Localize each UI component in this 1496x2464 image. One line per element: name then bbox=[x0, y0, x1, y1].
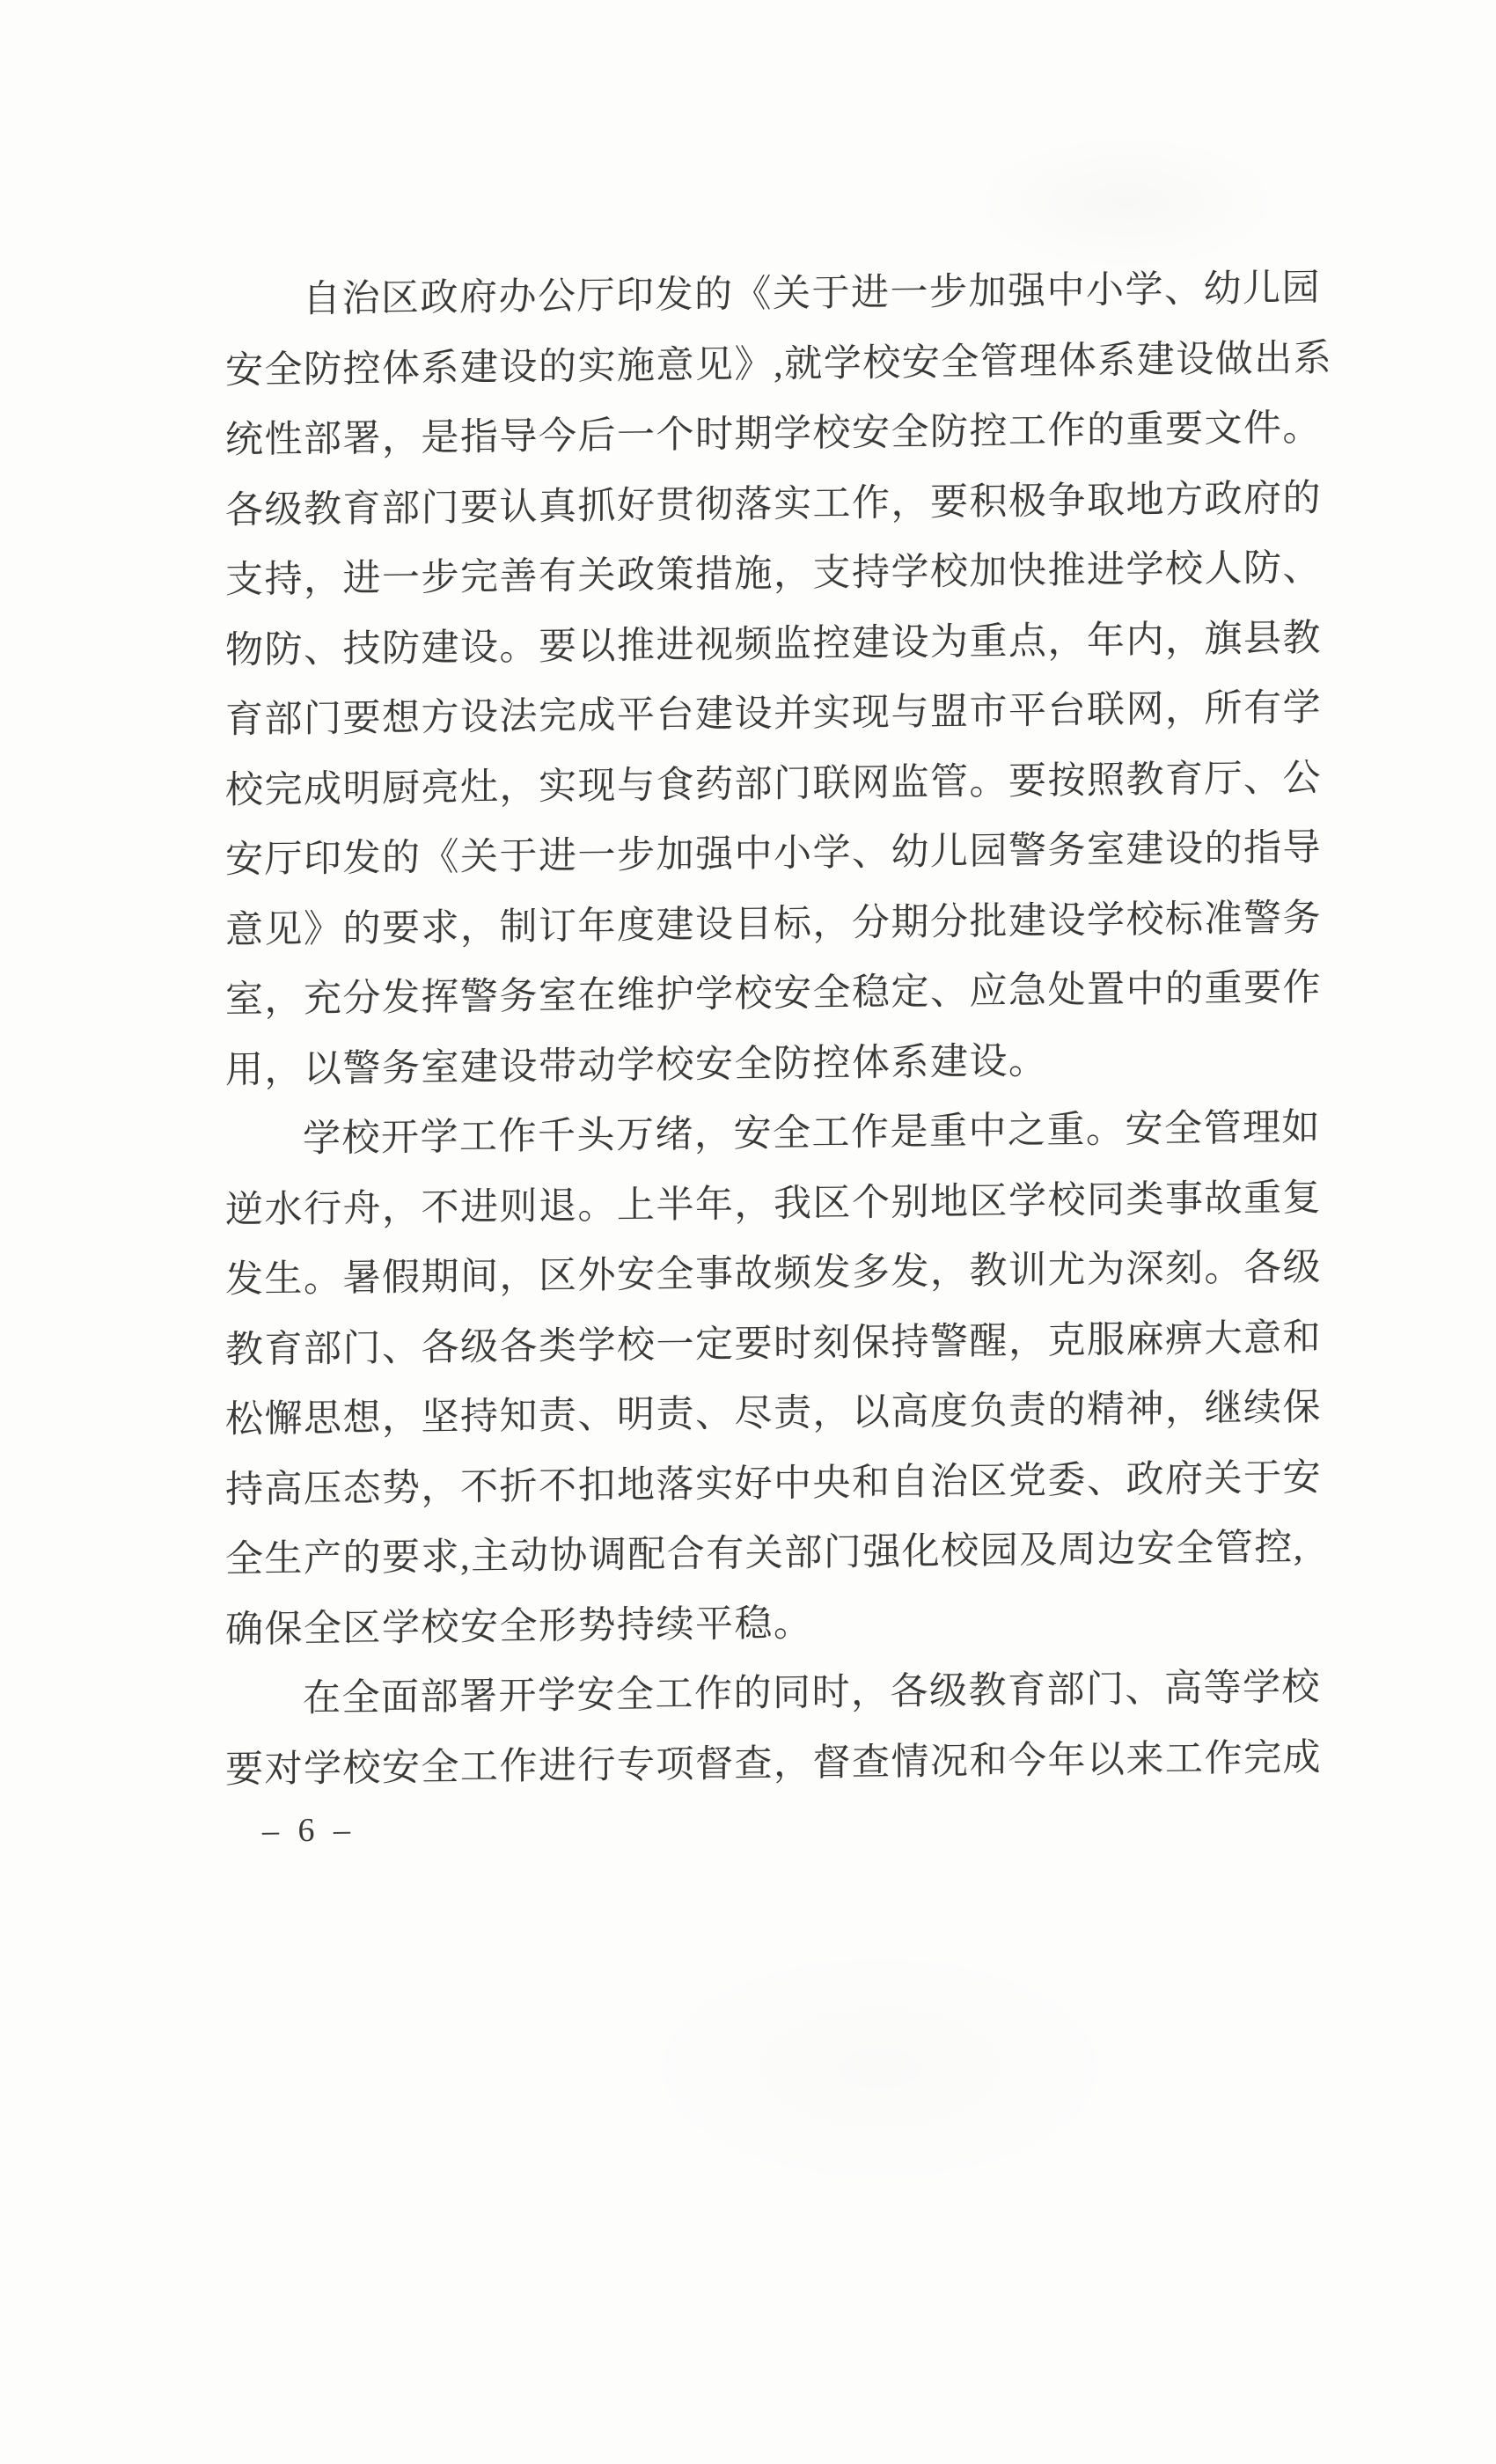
text-line: 用，以警务室建设带动学校安全防控体系建设。 bbox=[225, 1023, 1325, 1105]
text-line: 安厅印发的《关于进一步加强中小学、幼儿园警务室建设的指导 bbox=[225, 813, 1325, 896]
text-line: 意见》的要求，制订年度建设目标，分期分批建设学校标准警务 bbox=[225, 883, 1325, 965]
text-line: 持高压态势，不折不扣地落实好中央和自治区党委、政府关于安 bbox=[225, 1442, 1325, 1525]
scan-skew-layer: 自治区政府办公厅印发的《关于进一步加强中小学、幼儿园安全防控体系建设的实施意见》… bbox=[0, 0, 1496, 2464]
text-line: 自治区政府办公厅印发的《关于进一步加强中小学、幼儿园 bbox=[225, 253, 1325, 336]
document-page: 自治区政府办公厅印发的《关于进一步加强中小学、幼儿园安全防控体系建设的实施意见》… bbox=[0, 0, 1496, 2464]
text-line: 安全防控体系建设的实施意见》,就学校安全管理体系建设做出系 bbox=[225, 323, 1325, 406]
text-line: 要对学校安全工作进行专项督查，督查情况和今年以来工作完成 bbox=[225, 1722, 1325, 1805]
text-line: 支持，进一步完善有关政策措施，支持学校加快推进学校人防、 bbox=[225, 533, 1325, 616]
text-line: 学校开学工作千头万绪，安全工作是重中之重。安全管理如 bbox=[225, 1093, 1325, 1176]
text-line: 逆水行舟，不进则退。上半年，我区个别地区学校同类事故重复 bbox=[225, 1162, 1325, 1245]
text-line: 育部门要想方设法完成平台建设并实现与盟市平台联网，所有学 bbox=[225, 673, 1325, 756]
text-line: 确保全区学校安全形势持续平稳。 bbox=[225, 1582, 1325, 1665]
text-line: 统性部署，是指导今后一个时期学校安全防控工作的重要文件。 bbox=[225, 393, 1325, 476]
text-line: 校完成明厨亮灶，实现与食药部门联网监管。要按照教育厅、公 bbox=[225, 743, 1325, 825]
text-line: 在全面部署开学安全工作的同时，各级教育部门、高等学校 bbox=[225, 1653, 1325, 1735]
text-line: 物防、技防建设。要以推进视频监控建设为重点，年内，旗县教 bbox=[225, 603, 1325, 686]
text-line: 全生产的要求,主动协调配合有关部门强化校园及周边安全管控, bbox=[225, 1513, 1325, 1595]
text-line: 教育部门、各级各类学校一定要时刻保持警醒，克服麻痹大意和 bbox=[225, 1302, 1325, 1385]
text-line: 发生。暑假期间，区外安全事故频发多发，教训尤为深刻。各级 bbox=[225, 1233, 1325, 1316]
document-body: 自治区政府办公厅印发的《关于进一步加强中小学、幼儿园安全防控体系建设的实施意见》… bbox=[225, 253, 1325, 1805]
page-number: – 6 – bbox=[262, 1810, 356, 1850]
text-line: 室，充分发挥警务室在维护学校安全稳定、应急处置中的重要作 bbox=[225, 953, 1325, 1036]
text-line: 松懈思想，坚持知责、明责、尽责，以高度负责的精神，继续保 bbox=[225, 1373, 1325, 1456]
text-line: 各级教育部门要认真抓好贯彻落实工作，要积极争取地方政府的 bbox=[225, 463, 1325, 546]
